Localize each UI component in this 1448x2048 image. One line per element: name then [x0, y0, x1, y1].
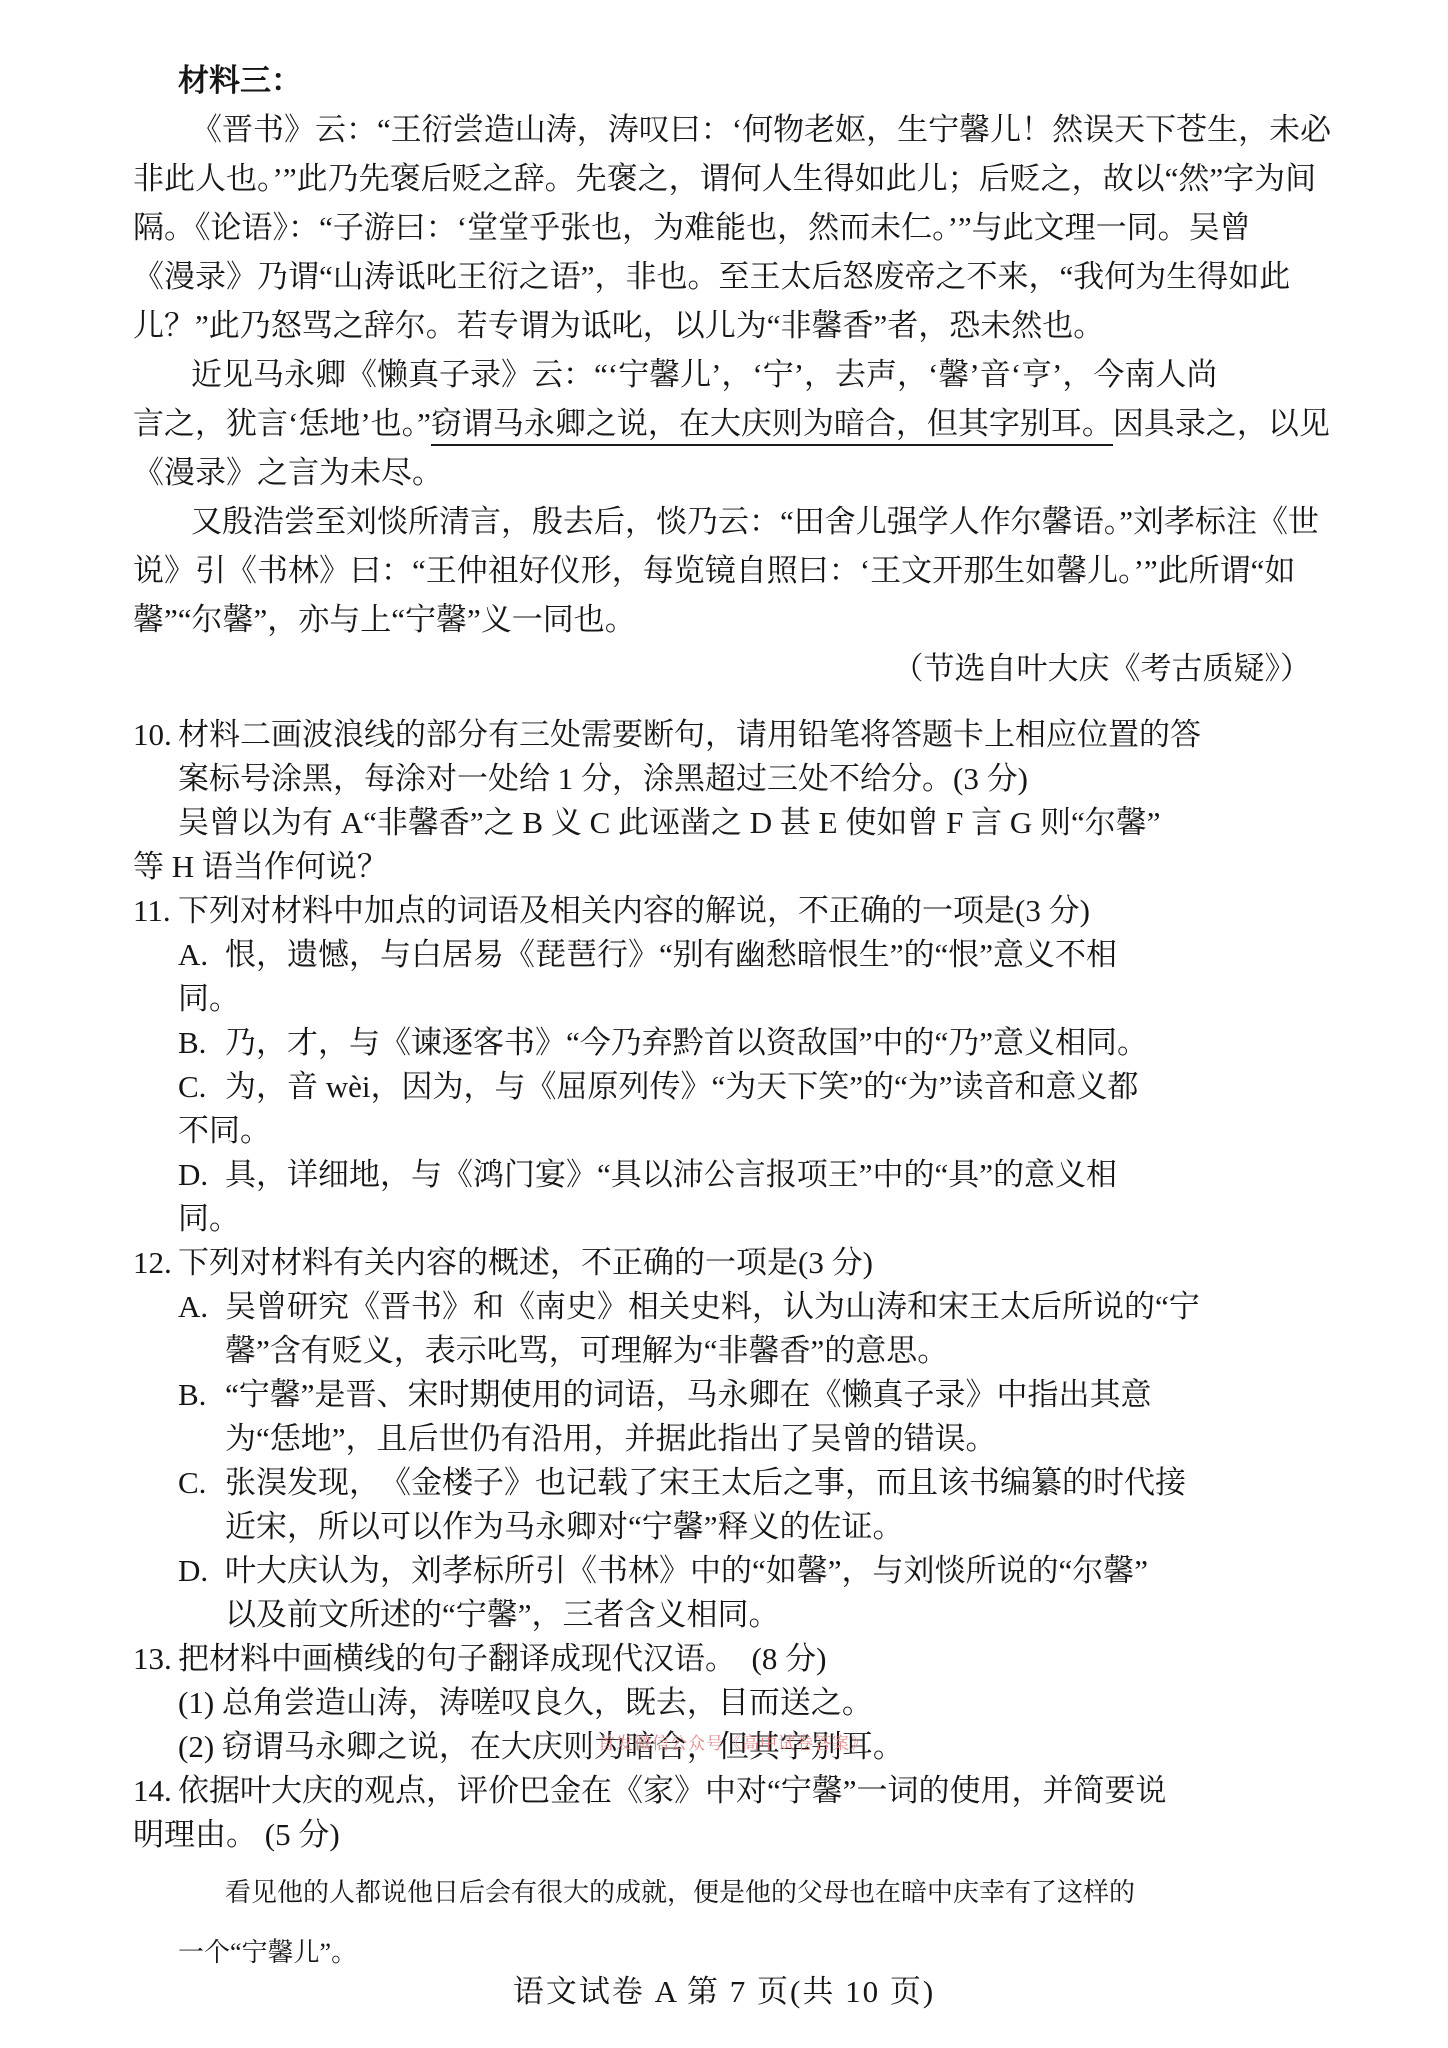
option-a: A.吴曾研究《晋书》和《南史》相关史料，认为山涛和宋王太后所说的“宁	[133, 1285, 1325, 1329]
question-14: 14.依据叶大庆的观点，评价巴金在《家》中对“宁馨”一词的使用，并简要说 明理由…	[133, 1769, 1325, 1857]
material-line-with-underline: 言之，犹言‘恁地’也。”窃谓马永卿之说，在大庆则为暗合，但其字别耳。因具录之，以…	[133, 399, 1325, 448]
question-number: 12.	[133, 1241, 178, 1285]
option-c: C.张淏发现， 《金楼子》也记载了宋王太后之事，而且该书编纂的时代接	[133, 1461, 1325, 1505]
option-c: C.为，音 wèi，因为，与《屈原列传》“为天下笑”的“为”读音和意义都	[133, 1065, 1325, 1109]
q10-line-4: 等 H 语当作何说？	[133, 845, 1325, 889]
material-line: 又殷浩尝至刘惔所清言，殷去后，惔乃云：“田舍儿强学人作尔馨语。”刘孝标注《世	[133, 497, 1325, 546]
option-text: 恨，遗憾，与白居易《琵琶行》“别有幽愁暗恨生”的“恨”意义不相	[225, 937, 1117, 972]
red-watermark-text: 首发微信公众号《高中试卷答案》	[598, 1729, 868, 1754]
option-text: 吴曾研究《晋书》和《南史》相关史料，认为山涛和宋王太后所说的“宁	[225, 1289, 1200, 1324]
option-b: B.乃，才，与《谏逐客书》“今乃弃黔首以资敌国”中的“乃”意义相同。	[133, 1021, 1325, 1065]
option-text: 乃，才，与《谏逐客书》“今乃弃黔首以资敌国”中的“乃”意义相同。	[225, 1025, 1148, 1060]
material-paragraph-2: 近见马永卿《懒真子录》云：“‘宁馨儿’，‘宁’，去声，‘馨’音‘亨’，今南人尚 …	[133, 350, 1325, 497]
option-label: C.	[178, 1065, 225, 1109]
option-label: C.	[178, 1461, 225, 1505]
question-11: 11.下列对材料中加点的词语及相关内容的解说，不正确的一项是(3 分) A.恨，…	[133, 889, 1325, 1241]
option-a: A.恨，遗憾，与白居易《琵琶行》“别有幽愁暗恨生”的“恨”意义不相	[133, 933, 1325, 977]
option-text: “宁馨”是晋、宋时期使用的词语，马永卿在《懒真子录》中指出其意	[225, 1377, 1152, 1412]
q10-line-1: 10.材料二画波浪线的部分有三处需要断句，请用铅笔将答题卡上相应位置的答	[133, 713, 1325, 757]
text-after-underline: 因具录之，以见	[1113, 406, 1330, 441]
question-text: 把材料中画横线的句子翻译成现代汉语。 (8 分)	[178, 1641, 826, 1676]
question-number: 14.	[133, 1769, 178, 1813]
material-paragraph-1: 《晋书》云：“王衍尝造山涛，涛叹曰：‘何物老妪，生宁馨儿！然误天下苍生，未必 非…	[133, 105, 1325, 350]
exam-page: 材料三： 《晋书》云：“王衍尝造山涛，涛叹曰：‘何物老妪，生宁馨儿！然误天下苍生…	[0, 0, 1448, 2048]
material-line: 说》引《书林》曰：“王仲祖好仪形，每览镜自照曰：‘王文开那生如馨儿。’”此所谓“…	[133, 546, 1325, 595]
question-text: 下列对材料中加点的词语及相关内容的解说，不正确的一项是(3 分)	[178, 893, 1090, 928]
q14-line-2: 明理由。 (5 分)	[133, 1813, 1325, 1857]
material-line: 近见马永卿《懒真子录》云：“‘宁馨儿’，‘宁’，去声，‘馨’音‘亨’，今南人尚	[133, 350, 1325, 399]
material-heading: 材料三：	[133, 56, 1325, 105]
q14-line-1: 14.依据叶大庆的观点，评价巴金在《家》中对“宁馨”一词的使用，并简要说	[133, 1769, 1325, 1813]
material-line: 馨”“尔馨”，亦与上“宁馨”义一同也。	[133, 595, 1325, 644]
option-d: D.叶大庆认为，刘孝标所引《书林》中的“如馨”，与刘惔所说的“尔馨”	[133, 1549, 1325, 1593]
question-number: 11.	[133, 889, 178, 933]
material-paragraph-3: 又殷浩尝至刘惔所清言，殷去后，惔乃云：“田舍儿强学人作尔馨语。”刘孝标注《世 说…	[133, 497, 1325, 644]
underlined-clause: 窃谓马永卿之说，在大庆则为暗合，但其字别耳。	[431, 406, 1113, 446]
question-number: 13.	[133, 1637, 178, 1681]
option-text: 为，音 wèi，因为，与《屈原列传》“为天下笑”的“为”读音和意义都	[225, 1069, 1139, 1104]
question-number: 10.	[133, 713, 178, 757]
option-label: D.	[178, 1153, 225, 1197]
page-footer: 语文试卷 A 第 7 页(共 10 页)	[0, 1966, 1448, 2011]
material-line: 《漫录》乃谓“山涛诋叱王衍之语”，非也。至王太后怒废帝之不来，“我何为生得如此	[133, 252, 1325, 301]
page-content: 材料三： 《晋书》云：“王衍尝造山涛，涛叹曰：‘何物老妪，生宁馨儿！然误天下苍生…	[133, 56, 1325, 1983]
question-text: 依据叶大庆的观点，评价巴金在《家》中对“宁馨”一词的使用，并简要说	[178, 1773, 1167, 1808]
option-a-continuation: 馨”含有贬义，表示叱骂，可理解为“非馨香”的意思。	[133, 1329, 1325, 1373]
option-a-continuation: 同。	[133, 977, 1325, 1021]
option-text: 具，详细地，与《鸿门宴》“具以沛公言报项王”中的“具”的意义相	[225, 1157, 1117, 1192]
option-d-continuation: 同。	[133, 1197, 1325, 1241]
q10-sentence-to-punctuate: 吴曾以为有 A“非馨香”之 B 义 C 此诬凿之 D 甚 E 使如曾 F 言 G…	[133, 801, 1325, 845]
question-text: 下列对材料有关内容的概述，不正确的一项是(3 分)	[178, 1245, 873, 1280]
q12-stem: 12.下列对材料有关内容的概述，不正确的一项是(3 分)	[133, 1241, 1325, 1285]
material-source-attribution: （节选自叶大庆《考古质疑》）	[133, 644, 1325, 693]
option-label: D.	[178, 1549, 225, 1593]
option-label: B.	[178, 1021, 225, 1065]
option-d: D.具，详细地，与《鸿门宴》“具以沛公言报项王”中的“具”的意义相	[133, 1153, 1325, 1197]
option-label: B.	[178, 1373, 225, 1417]
option-b-continuation: 为“恁地”，且后世仍有沿用，并据此指出了吴曾的错误。	[133, 1417, 1325, 1461]
question-12: 12.下列对材料有关内容的概述，不正确的一项是(3 分) A.吴曾研究《晋书》和…	[133, 1241, 1325, 1637]
q10-line-2: 案标号涂黑，每涂对一处给 1 分，涂黑超过三处不给分。(3 分)	[133, 757, 1325, 801]
option-text: 叶大庆认为，刘孝标所引《书林》中的“如馨”，与刘惔所说的“尔馨”	[225, 1553, 1148, 1588]
text-before-underline: 言之，犹言‘恁地’也。”	[133, 406, 431, 441]
option-d-continuation: 以及前文所述的“宁馨”，三者含义相同。	[133, 1593, 1325, 1637]
material-line: 《晋书》云：“王衍尝造山涛，涛叹曰：‘何物老妪，生宁馨儿！然误天下苍生，未必	[133, 105, 1325, 154]
material-line: 儿？”此乃怒骂之辞尔。若专谓为诋叱，以儿为“非馨香”者，恐未然也。	[133, 301, 1325, 350]
option-c-continuation: 不同。	[133, 1109, 1325, 1153]
material-line: 非此人也。’”此乃先褒后贬之辞。先褒之，谓何人生得如此儿；后贬之，故以“然”字为…	[133, 154, 1325, 203]
question-text: 材料二画波浪线的部分有三处需要断句，请用铅笔将答题卡上相应位置的答	[178, 717, 1201, 752]
option-c-continuation: 近宋，所以可以作为马永卿对“宁馨”释义的佐证。	[133, 1505, 1325, 1549]
q11-stem: 11.下列对材料中加点的词语及相关内容的解说，不正确的一项是(3 分)	[133, 889, 1325, 933]
option-text: 张淏发现， 《金楼子》也记载了宋王太后之事，而且该书编纂的时代接	[225, 1465, 1186, 1500]
material-line: 《漫录》之言为未尽。	[133, 448, 1325, 497]
material-line: 隔。《论语》：“子游曰：‘堂堂乎张也，为难能也，然而未仁。’”与此文理一同。吴曾	[133, 203, 1325, 252]
quote-line-1: 看见他的人都说他日后会有很大的成就，便是他的父母也在暗中庆幸有了这样的	[133, 1863, 1325, 1923]
q13-stem: 13.把材料中画横线的句子翻译成现代汉语。 (8 分)	[133, 1637, 1325, 1681]
quoted-passage: 看见他的人都说他日后会有很大的成就，便是他的父母也在暗中庆幸有了这样的 一个“宁…	[133, 1863, 1325, 1983]
q13-sentence-1: (1) 总角尝造山涛，涛嗟叹良久，既去，目而送之。	[133, 1681, 1325, 1725]
option-label: A.	[178, 933, 225, 977]
question-10: 10.材料二画波浪线的部分有三处需要断句，请用铅笔将答题卡上相应位置的答 案标号…	[133, 713, 1325, 889]
option-b: B.“宁馨”是晋、宋时期使用的词语，马永卿在《懒真子录》中指出其意	[133, 1373, 1325, 1417]
option-label: A.	[178, 1285, 225, 1329]
